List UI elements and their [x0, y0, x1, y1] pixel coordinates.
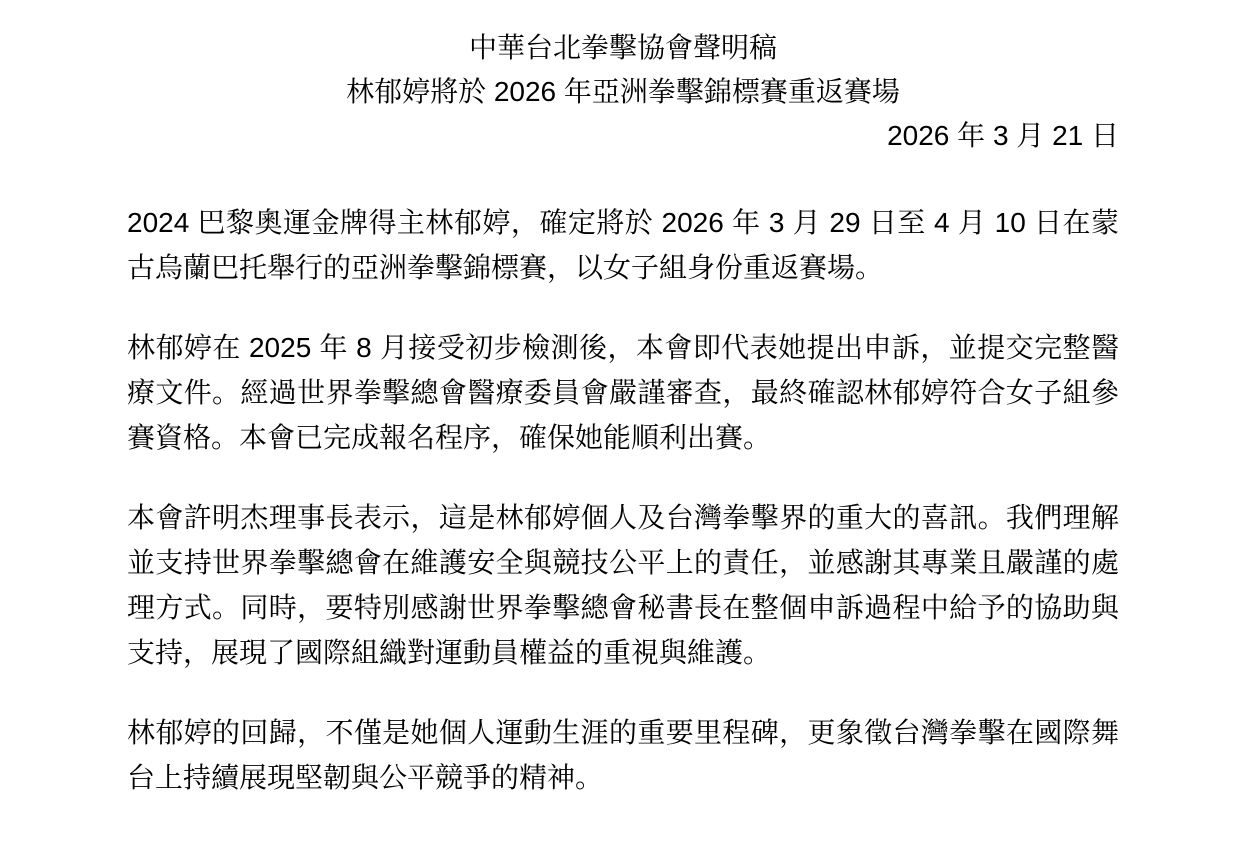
statement-subtitle: 林郁婷將於 2026 年亞洲拳擊錦標賽重返賽場 — [127, 70, 1119, 114]
paragraph: 2024 巴黎奧運金牌得主林郁婷，確定將於 2026 年 3 月 29 日至 4… — [127, 200, 1119, 290]
statement-date: 2026 年 3 月 21 日 — [127, 114, 1119, 158]
paragraph: 本會許明杰理事長表示，這是林郁婷個人及台灣拳擊界的重大的喜訊。我們理解並支持世界… — [127, 495, 1119, 675]
paragraph: 林郁婷的回歸，不僅是她個人運動生涯的重要里程碑，更象徵台灣拳擊在國際舞台上持續展… — [127, 710, 1119, 800]
statement-title: 中華台北拳擊協會聲明稿 — [127, 26, 1119, 70]
statement-document-page: 中華台北拳擊協會聲明稿 林郁婷將於 2026 年亞洲拳擊錦標賽重返賽場 2026… — [0, 0, 1249, 845]
paragraph: 林郁婷在 2025 年 8 月接受初步檢測後，本會即代表她提出申訴，並提交完整醫… — [127, 325, 1119, 460]
document-content: 中華台北拳擊協會聲明稿 林郁婷將於 2026 年亞洲拳擊錦標賽重返賽場 2026… — [127, 26, 1119, 800]
